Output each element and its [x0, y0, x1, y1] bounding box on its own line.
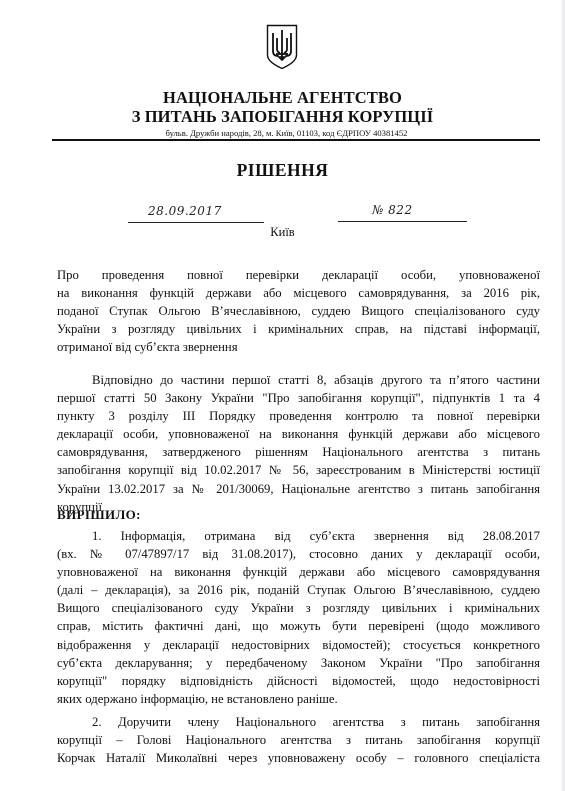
header-separator	[52, 139, 540, 141]
item1-line: яких одержано інформацію, не встановлено…	[57, 690, 540, 708]
agency-name-line1: НАЦІОНАЛЬНЕ АГЕНТСТВО	[0, 88, 565, 108]
subject-line: отриманої від суб’єкта звернення	[57, 338, 540, 356]
item1-line: корупції" порядку відповідність дійсност…	[57, 672, 540, 690]
preamble-line: запобігання корупції від 10.02.2017 № 56…	[57, 461, 540, 479]
handwritten-number: № 822	[372, 203, 413, 217]
item1-line: 1. Інформація, отримана від суб’єкта зве…	[57, 527, 540, 545]
decision-heading: ВИРІШИЛО:	[57, 507, 141, 523]
preamble-line: самоврядування, затвердженого рішенням Н…	[57, 443, 540, 461]
item2-line: корупції – Голові Національного агентств…	[57, 731, 540, 749]
item1-line: (вх. № 07/47897/17 від 31.08.2017), стос…	[57, 545, 540, 563]
subject-line: Про проведення повної перевірки декларац…	[57, 266, 540, 284]
item1-line: суб’єкта декларування; у передбаченому З…	[57, 654, 540, 672]
item1-line: уповноваженої на виконання функцій держа…	[57, 563, 540, 581]
preamble-line: Відповідно до частини першої статті 8, а…	[57, 371, 540, 389]
agency-address: бульв. Дружби народів, 28, м. Київ, 0110…	[0, 127, 565, 139]
document-title: РІШЕННЯ	[0, 160, 565, 181]
subject-line: України з розгляду цивільних і криміналь…	[57, 320, 540, 338]
decision-item-1: 1. Інформація, отримана від суб’єкта зве…	[57, 527, 540, 708]
item2-line: 2. Доручити члену Національного агентств…	[57, 713, 540, 731]
item1-line: відображення у декларації недостовірних …	[57, 636, 540, 654]
preamble-paragraph: Відповідно до частини першої статті 8, а…	[57, 371, 540, 516]
decision-item-2: 2. Доручити члену Національного агентств…	[57, 713, 540, 767]
subject-paragraph: Про проведення повної перевірки декларац…	[57, 266, 540, 356]
city: Київ	[0, 225, 565, 240]
item1-line: (далі – декларація), за 2016 рік, подані…	[57, 581, 540, 599]
agency-name-line2: З ПИТАНЬ ЗАПОБІГАННЯ КОРУПЦІЇ	[0, 107, 565, 127]
preamble-line: України 13.02.2017 за № 201/30069, Націо…	[57, 480, 540, 498]
subject-line: на виконання функцій держави або місцево…	[57, 284, 540, 302]
coat-of-arms-icon	[266, 24, 298, 70]
item2-line: Корчак Наталії Миколаївні через уповнова…	[57, 749, 540, 767]
preamble-line: пункту 3 розділу III Порядку проведення …	[57, 407, 540, 425]
preamble-line: першої статті 50 Закону України "Про зап…	[57, 389, 540, 407]
date-underline	[128, 222, 264, 223]
item1-line: справ, містить фактичні дані, що можуть …	[57, 617, 540, 635]
number-underline	[338, 221, 467, 222]
subject-line: поданої Ступак Ольгою В’ячеславівною, су…	[57, 302, 540, 320]
preamble-line: декларації особи, уповноваженої на викон…	[57, 425, 540, 443]
handwritten-date: 28.09.2017	[148, 204, 222, 218]
item1-line: Вищого спеціалізованого суду України з р…	[57, 599, 540, 617]
